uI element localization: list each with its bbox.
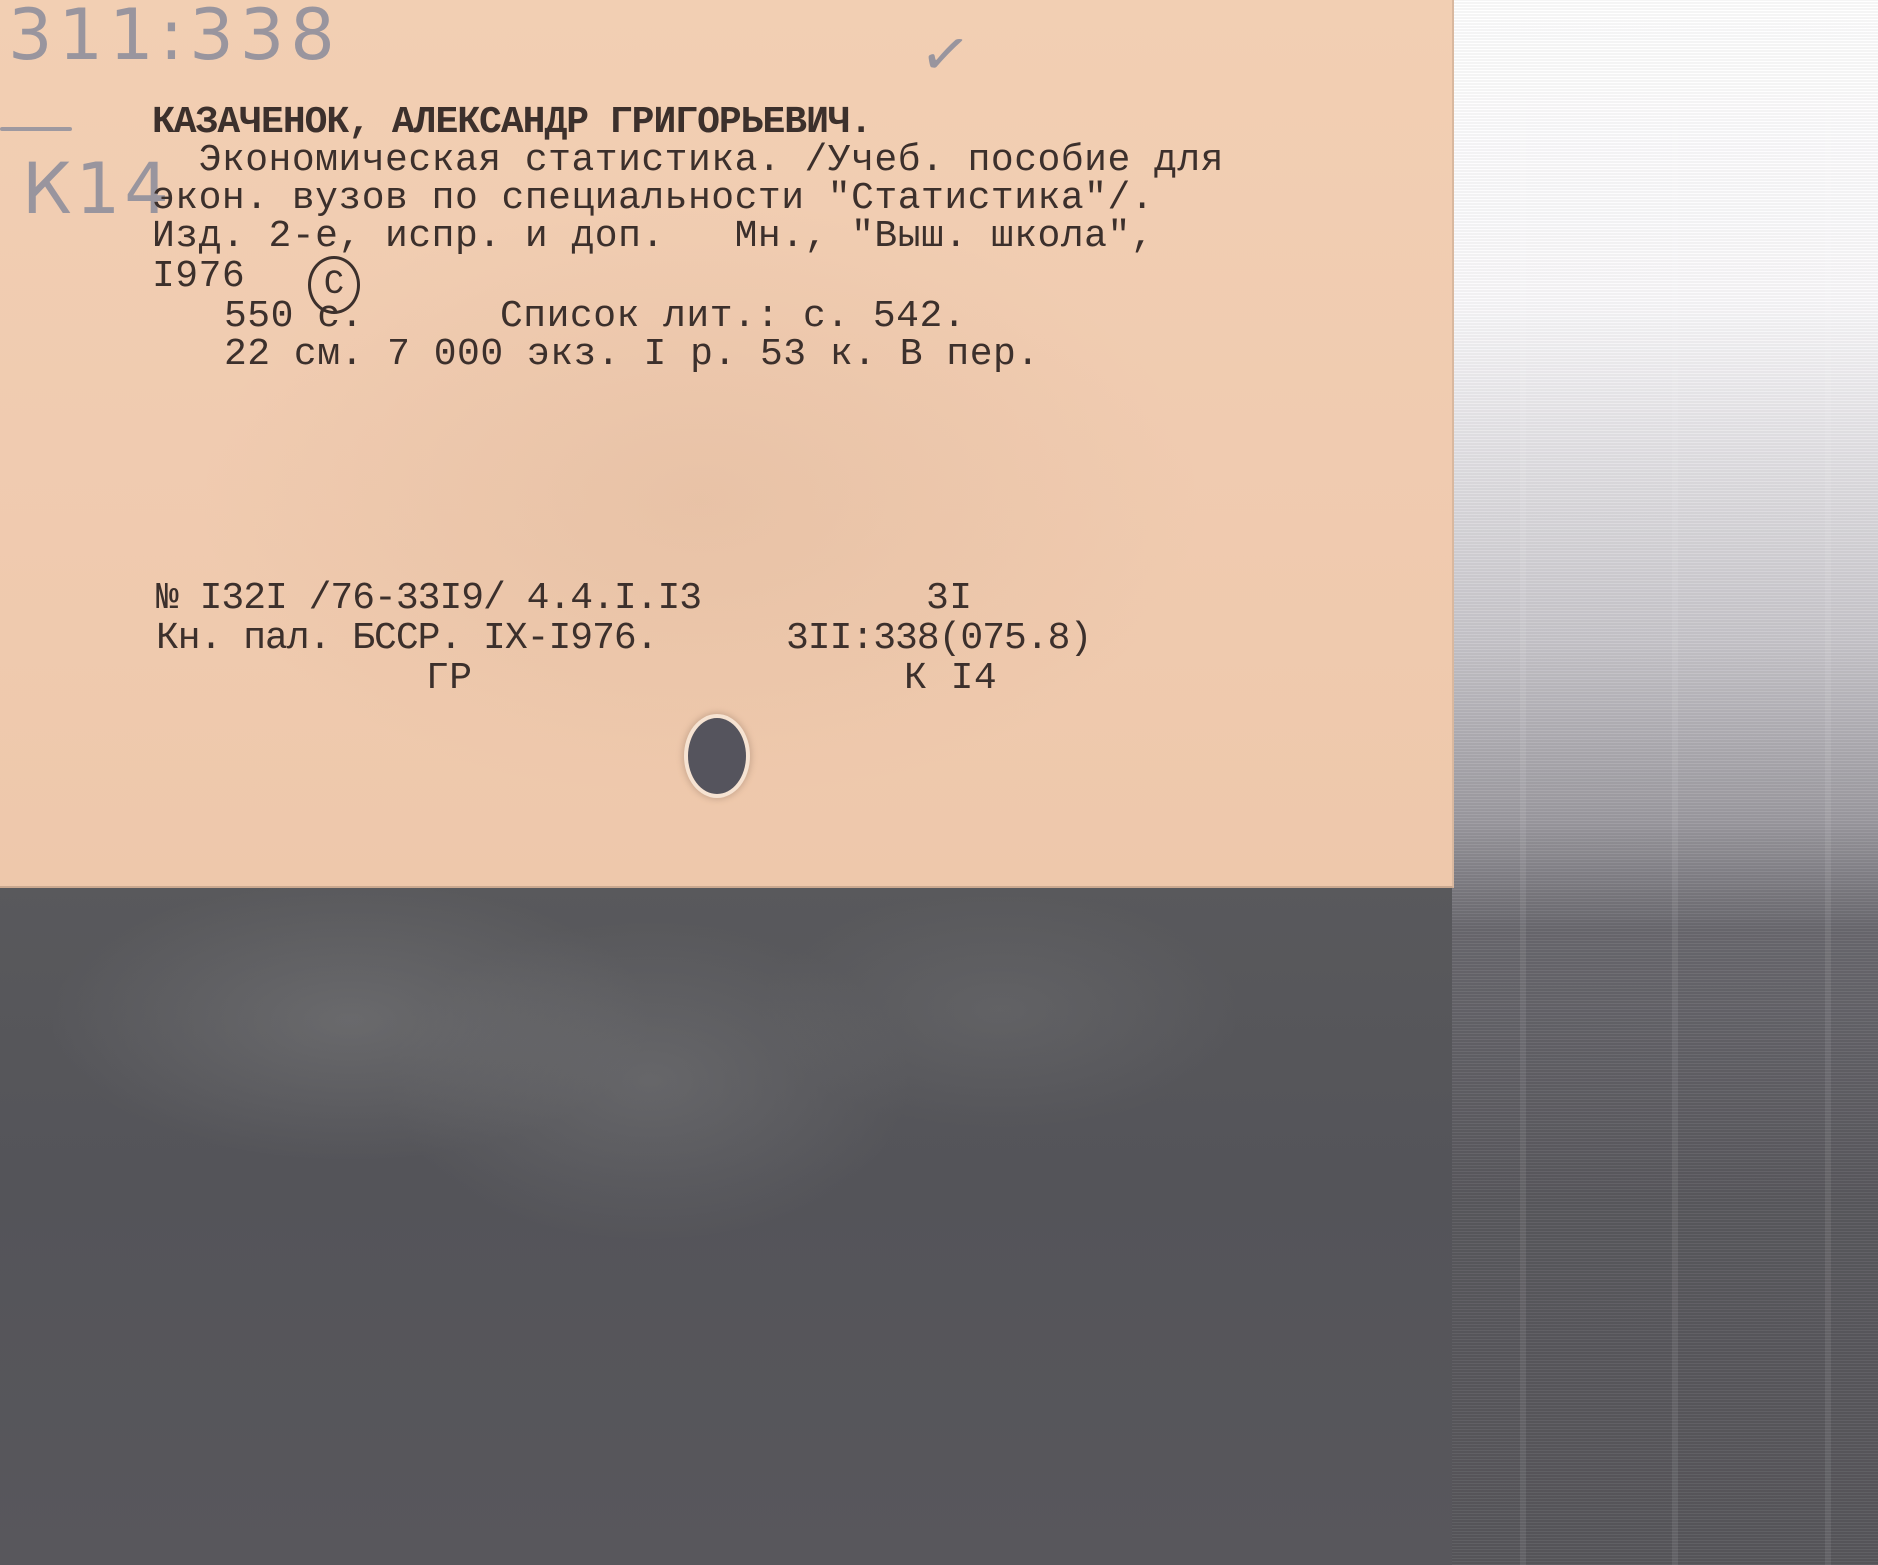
book-chamber: Кн. пал. БССР. IX-I976. bbox=[156, 620, 658, 658]
udc-section: 3I bbox=[926, 580, 973, 618]
year-line: I976 bbox=[152, 258, 245, 296]
scanner-backdrop-lower bbox=[0, 880, 1452, 1565]
scan-streak bbox=[1672, 0, 1678, 1565]
author-heading: КАЗАЧЕНОК, АЛЕКСАНДР ГРИГОРЬЕВИЧ. bbox=[152, 104, 872, 142]
registry-number: № I32I /76-33I9/ 4.4.I.I3 bbox=[156, 580, 701, 618]
pages: 550 с. bbox=[224, 298, 364, 336]
checkmark-icon: ✓ bbox=[915, 17, 975, 93]
handwritten-fraction-line bbox=[0, 127, 72, 131]
author-mark: К I4 bbox=[904, 660, 997, 698]
chamber-code: ГР bbox=[426, 660, 473, 698]
catalog-card: 311:338 К14 ✓ КАЗАЧЕНОК, АЛЕКСАНДР ГРИГО… bbox=[0, 0, 1454, 888]
punch-hole bbox=[688, 718, 746, 794]
title-line-1: Экономическая статистика. /Учеб. пособие… bbox=[152, 142, 1224, 180]
scan-streak bbox=[1520, 0, 1526, 1565]
udc-index: 3II:338(075.8) bbox=[786, 620, 1091, 658]
handwritten-author-mark: К14 bbox=[22, 148, 173, 230]
physical-description: 22 см. 7 000 экз. I р. 53 к. В пер. bbox=[224, 336, 1040, 374]
scan-streak bbox=[1825, 0, 1831, 1565]
title-line-2: экон. вузов по специальности "Статистика… bbox=[152, 180, 1154, 218]
handwritten-classification: 311:338 bbox=[8, 0, 341, 76]
edition-line: Изд. 2-е, испр. и доп. Мн., "Выш. школа"… bbox=[152, 218, 1154, 256]
bibliography: Список лит.: с. 542. bbox=[500, 298, 966, 336]
